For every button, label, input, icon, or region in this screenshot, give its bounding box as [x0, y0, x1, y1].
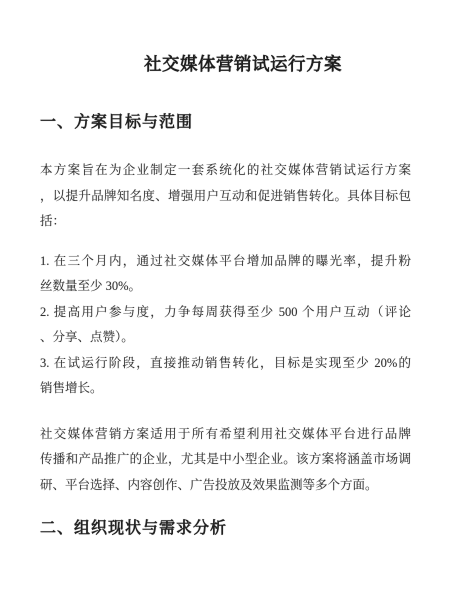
text-line: 销售增长。	[40, 376, 411, 402]
text-line: 、分享、点赞）。	[40, 325, 411, 351]
goal-item-1: 1. 在三个月内，通过社交媒体平台增加品牌的曝光率，提升粉丝数量至少 30%。	[40, 249, 411, 300]
text-line: 丝数量至少 30%。	[40, 274, 411, 300]
goals-list: 1. 在三个月内，通过社交媒体平台增加品牌的曝光率，提升粉丝数量至少 30%。 …	[40, 249, 411, 402]
intro-paragraph: 本方案旨在为企业制定一套系统化的社交媒体营销试运行方案，以提升品牌知名度、增强用…	[40, 158, 411, 235]
text-line: ，以提升品牌知名度、增强用户互动和促进销售转化。具体目标包	[40, 184, 411, 210]
document-content: 社交媒体营销试运行方案 一、方案目标与范围 本方案旨在为企业制定一套系统化的社交…	[0, 0, 463, 540]
scope-paragraph: 社交媒体营销方案适用于所有希望利用社交媒体平台进行品牌传播和产品推广的企业，尤其…	[40, 422, 411, 499]
text-line: 1. 在三个月内，通过社交媒体平台增加品牌的曝光率，提升粉	[40, 249, 411, 275]
text-line: 2. 提高用户参与度，力争每周获得至少 500 个用户互动（评论	[40, 300, 411, 326]
text-line: 本方案旨在为企业制定一套系统化的社交媒体营销试运行方案	[40, 158, 411, 184]
text-line: 社交媒体营销方案适用于所有希望利用社交媒体平台进行品牌	[40, 422, 411, 448]
section-heading-2: 二、组织现状与需求分析	[40, 518, 411, 540]
goal-item-3: 3. 在试运行阶段，直接推动销售转化，目标是实现至少 20%的销售增长。	[40, 351, 411, 402]
document-title: 社交媒体营销试运行方案	[40, 50, 411, 78]
text-line: 3. 在试运行阶段，直接推动销售转化，目标是实现至少 20%的	[40, 351, 411, 377]
text-line: 括：	[40, 209, 411, 235]
section-heading-1: 一、方案目标与范围	[40, 112, 411, 134]
document-page: 社交媒体营销试运行方案 一、方案目标与范围 本方案旨在为企业制定一套系统化的社交…	[0, 0, 463, 600]
text-line: 传播和产品推广的企业，尤其是中小型企业。该方案将涵盖市场调	[40, 447, 411, 473]
goal-item-2: 2. 提高用户参与度，力争每周获得至少 500 个用户互动（评论、分享、点赞）。	[40, 300, 411, 351]
text-line: 研、平台选择、内容创作、广告投放及效果监测等多个方面。	[40, 473, 411, 499]
